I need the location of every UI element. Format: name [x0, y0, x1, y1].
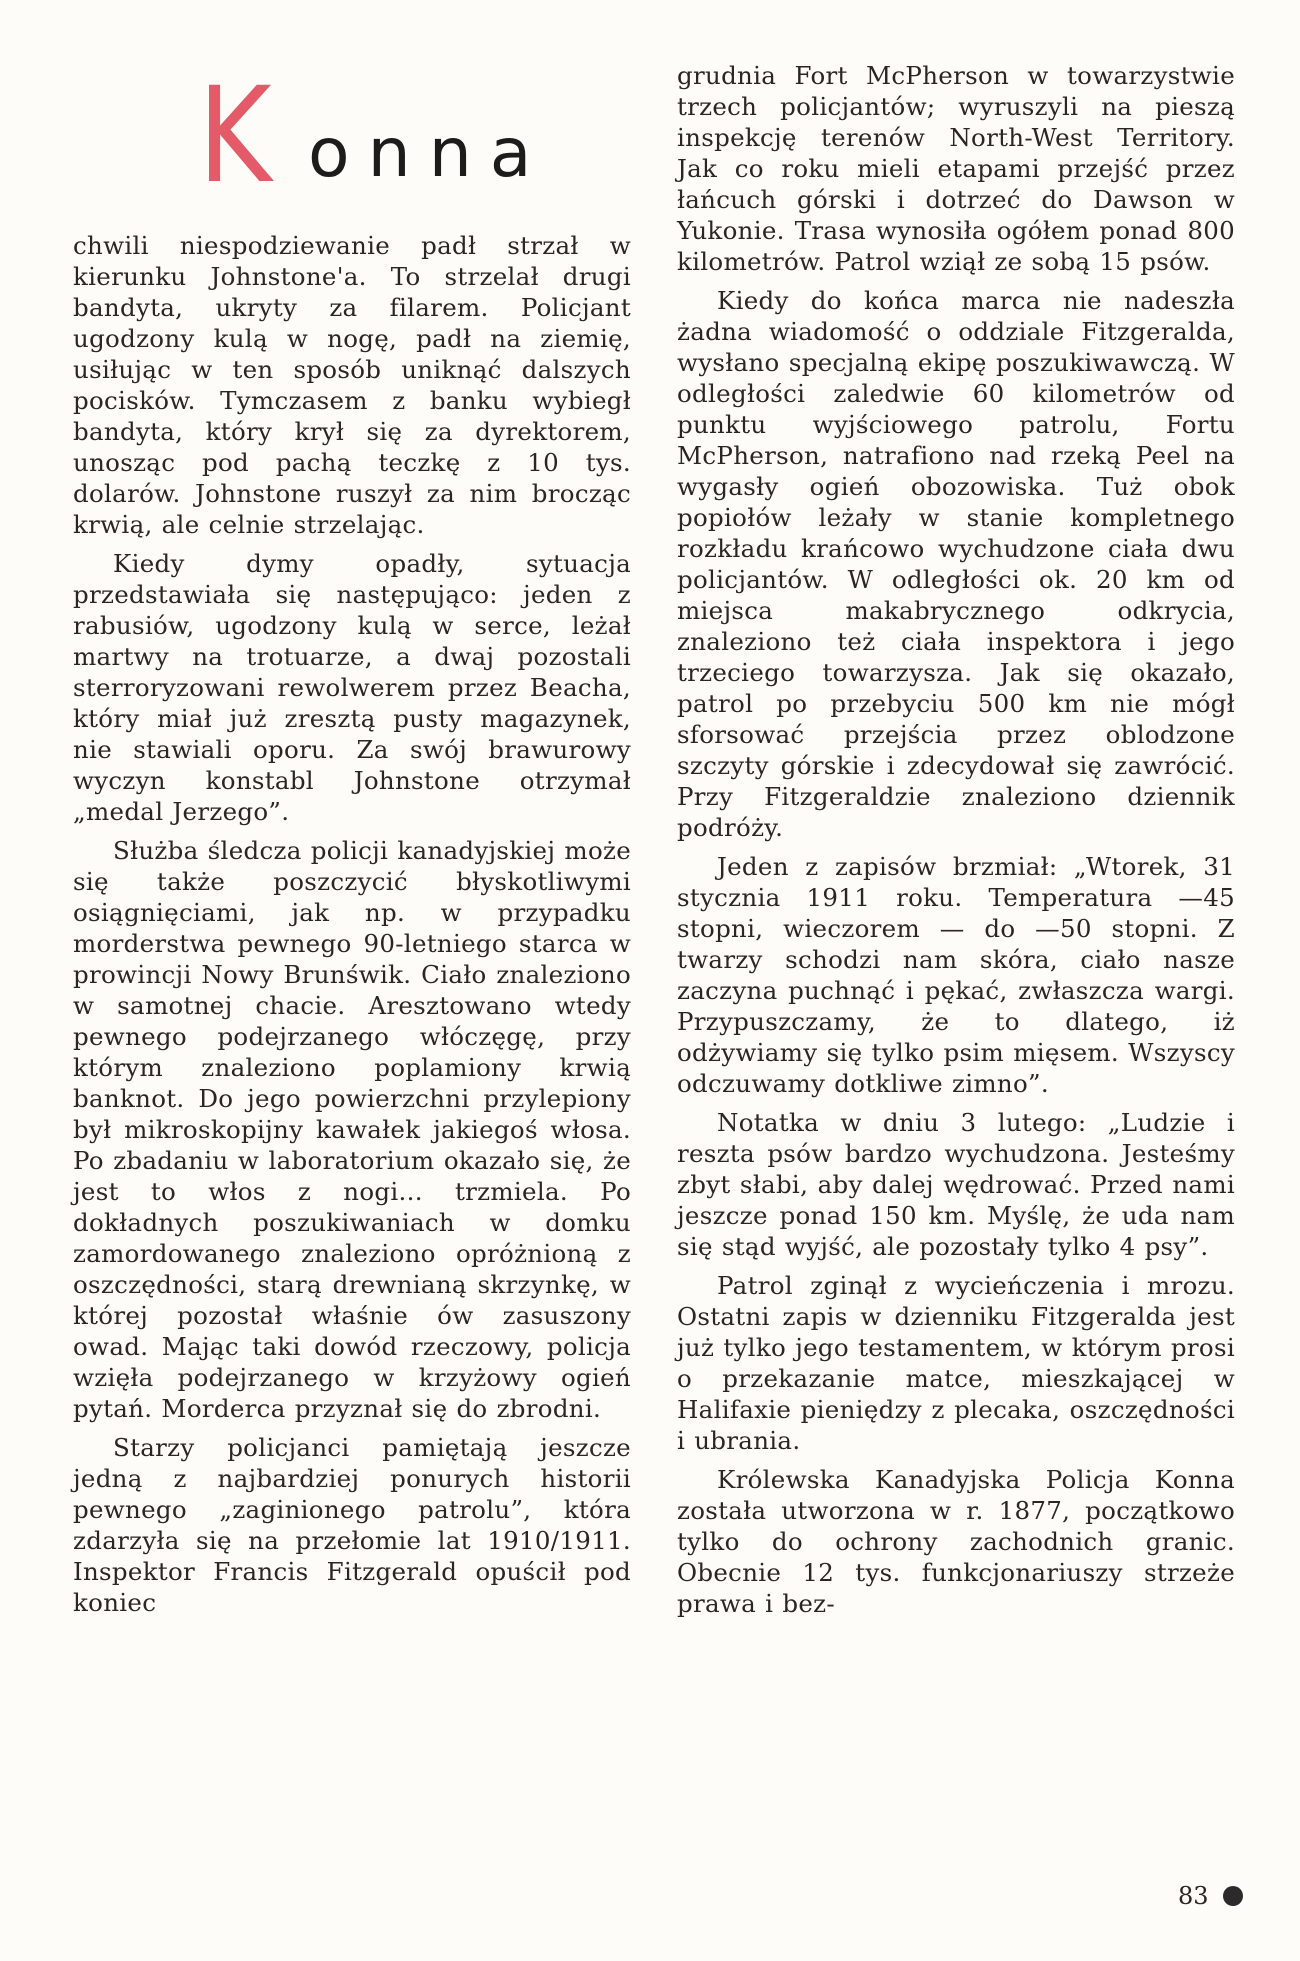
heading-rest: onna [308, 120, 549, 202]
paragraph: Służba śledcza policji kanadyjskiej może… [73, 835, 631, 1424]
paragraph: chwili niespodziewanie padł strzał w kie… [73, 230, 631, 540]
paragraph: Patrol zginął z wycieńczenia i mrozu. Os… [677, 1270, 1235, 1456]
paragraph: Królewska Kanadyjska Policja Konna zosta… [677, 1464, 1235, 1619]
paragraph: Kiedy do końca marca nie nadeszła żadna … [677, 285, 1235, 843]
right-text-column: grudnia Fort McPherson w towarzystwie tr… [677, 60, 1235, 1627]
bullet-icon [1223, 1886, 1243, 1906]
paragraph: Jeden z zapisów brzmiał: „Wtorek, 31 sty… [677, 851, 1235, 1099]
article-heading: K onna [198, 82, 549, 202]
page-number: 83 [1178, 1882, 1209, 1910]
paragraph: Kiedy dymy opadły, sytuacja przedstawiał… [73, 548, 631, 827]
left-text-column: chwili niespodziewanie padł strzał w kie… [73, 230, 631, 1626]
page-footer: 83 [1178, 1882, 1243, 1910]
paragraph: Starzy policjanci pamiętają jeszcze jedn… [73, 1432, 631, 1618]
paragraph: Notatka w dniu 3 lutego: „Ludzie i reszt… [677, 1107, 1235, 1262]
magazine-page: K onna chwili niespodziewanie padł strza… [0, 0, 1300, 1961]
paragraph: grudnia Fort McPherson w towarzystwie tr… [677, 60, 1235, 277]
heading-initial-letter: K [198, 70, 269, 202]
